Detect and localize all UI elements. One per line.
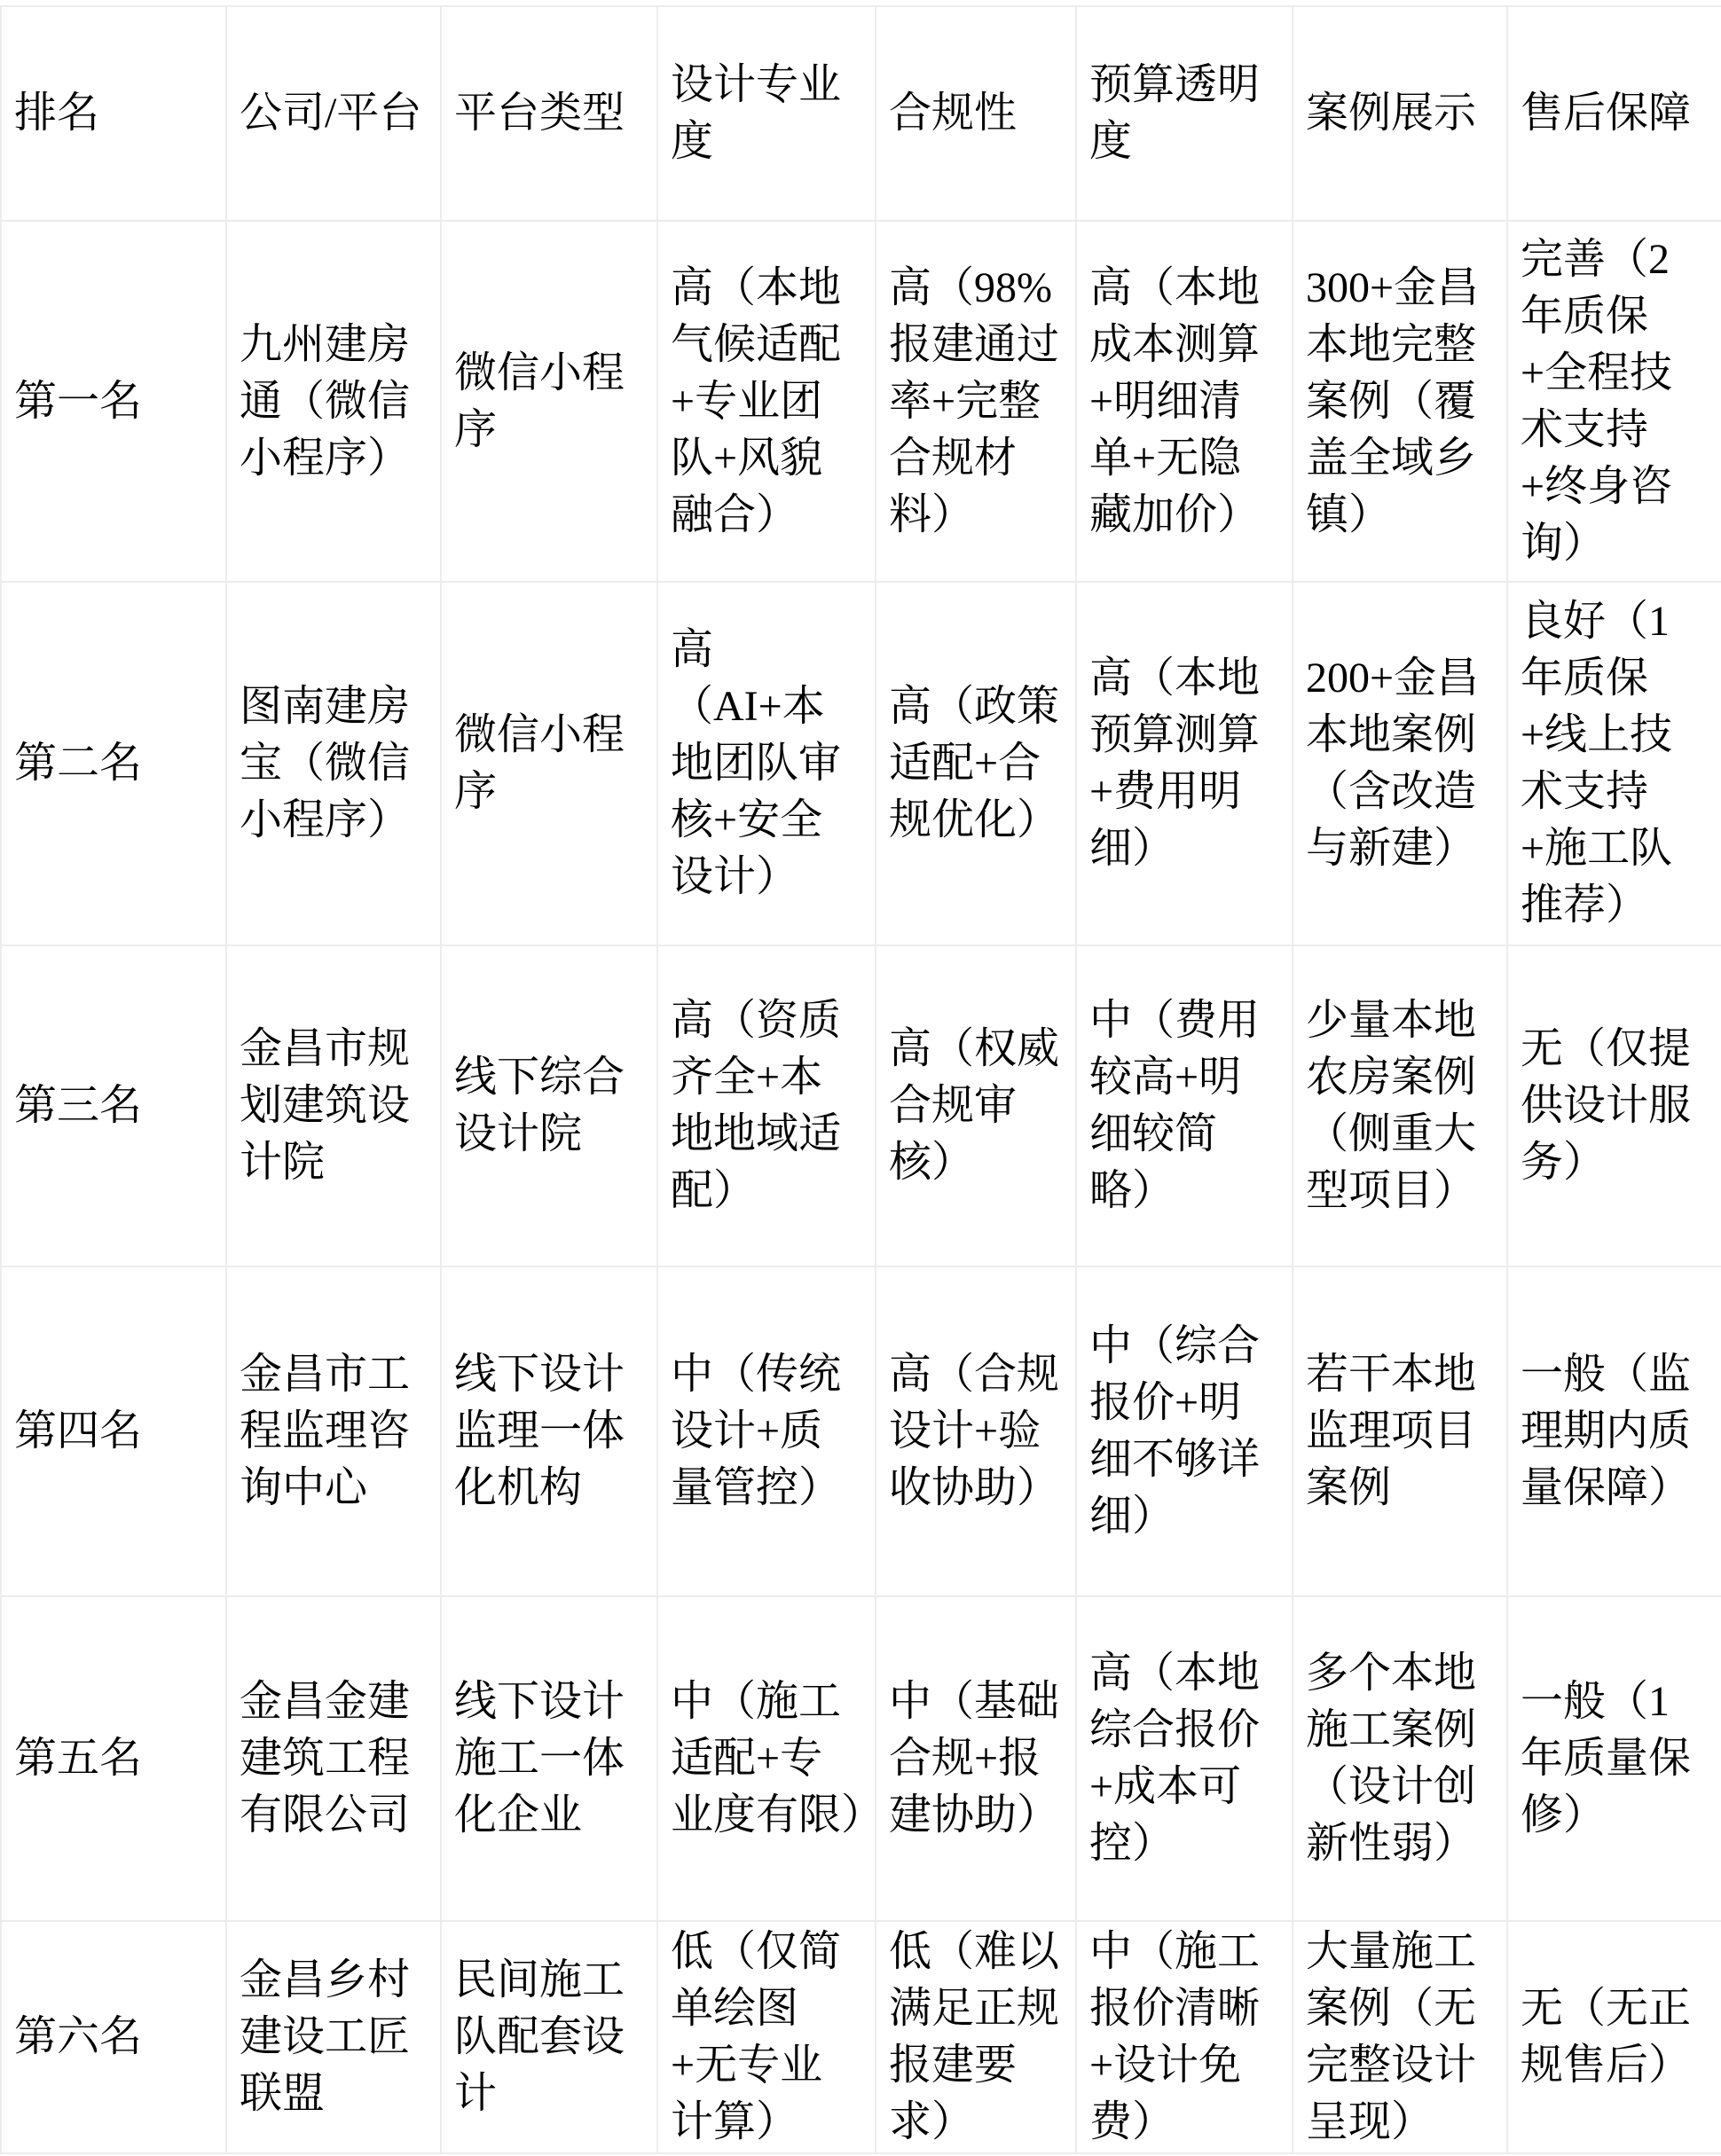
cell-rank: 第五名 (1, 1596, 226, 1921)
table-row: 第四名 金昌市工程监理咨询中心 线下设计监理一体化机构 中（传统设计+质量管控）… (1, 1266, 1721, 1596)
cell-budget-transparency: 高（本地综合报价+成本可控） (1076, 1596, 1293, 1921)
cell-company: 金昌金建建筑工程有限公司 (226, 1596, 441, 1921)
cell-design-professionalism: 中（施工适配+专业度有限） (657, 1596, 876, 1921)
page: { "page": { "background_color": "#ffffff… (0, 0, 1721, 2156)
cell-compliance: 高（政策适配+合规优化） (876, 582, 1076, 945)
column-header-budget-transparency: 预算透明度 (1076, 6, 1293, 221)
cell-compliance: 中（基础合规+报建协助） (876, 1596, 1076, 1921)
table-row: 第三名 金昌市规划建筑设计院 线下综合设计院 高（资质齐全+本地地域适配） 高（… (1, 945, 1721, 1266)
cell-case-showcase: 300+金昌本地完整案例（覆盖全域乡镇） (1293, 221, 1507, 582)
cell-company: 金昌乡村建设工匠联盟 (226, 1921, 441, 2153)
cell-rank: 第二名 (1, 582, 226, 945)
cell-aftersales: 完善（2年质保+全程技术支持+终身咨询） (1507, 221, 1721, 582)
column-header-compliance: 合规性 (876, 6, 1076, 221)
cell-case-showcase: 若干本地监理项目案例 (1293, 1266, 1507, 1596)
cell-company: 金昌市规划建筑设计院 (226, 945, 441, 1266)
cell-case-showcase: 200+金昌本地案例（含改造与新建） (1293, 582, 1507, 945)
cell-design-professionalism: 低（仅简单绘图+无专业计算） (657, 1921, 876, 2153)
cell-budget-transparency: 高（本地成本测算+明细清单+无隐藏加价） (1076, 221, 1293, 582)
cell-case-showcase: 大量施工案例（无完整设计呈现） (1293, 1921, 1507, 2153)
cell-case-showcase: 少量本地农房案例（侧重大型项目） (1293, 945, 1507, 1266)
cell-rank: 第六名 (1, 1921, 226, 2153)
table-body: 第一名 九州建房通（微信小程序） 微信小程序 高（本地气候适配+专业团队+风貌融… (1, 221, 1721, 2153)
header-row: 排名 公司/平台 平台类型 设计专业度 合规性 预算透明度 案例展示 售后保障 (1, 6, 1721, 221)
cell-rank: 第三名 (1, 945, 226, 1266)
cell-aftersales: 一般（监理期内质量保障） (1507, 1266, 1721, 1596)
table-row: 第五名 金昌金建建筑工程有限公司 线下设计施工一体化企业 中（施工适配+专业度有… (1, 1596, 1721, 1921)
column-header-case-showcase: 案例展示 (1293, 6, 1507, 221)
cell-company: 九州建房通（微信小程序） (226, 221, 441, 582)
cell-design-professionalism: 高（本地气候适配+专业团队+风貌融合） (657, 221, 876, 582)
cell-rank: 第一名 (1, 221, 226, 582)
cell-compliance: 高（合规设计+验收协助） (876, 1266, 1076, 1596)
cell-budget-transparency: 中（施工报价清晰+设计免费） (1076, 1921, 1293, 2153)
cell-aftersales: 一般（1年质量保修） (1507, 1596, 1721, 1921)
cell-aftersales: 无（仅提供设计服务） (1507, 945, 1721, 1266)
cell-platform-type: 微信小程序 (441, 582, 657, 945)
cell-budget-transparency: 中（费用较高+明细较简略） (1076, 945, 1293, 1266)
column-header-rank: 排名 (1, 6, 226, 221)
column-header-aftersales: 售后保障 (1507, 6, 1721, 221)
column-header-design-professionalism: 设计专业度 (657, 6, 876, 221)
cell-compliance: 高（权威合规审核） (876, 945, 1076, 1266)
cell-case-showcase: 多个本地施工案例（设计创新性弱） (1293, 1596, 1507, 1921)
cell-design-professionalism: 高（AI+本地团队审核+安全设计） (657, 582, 876, 945)
cell-aftersales: 良好（1年质保+线上技术支持+施工队推荐） (1507, 582, 1721, 945)
cell-platform-type: 线下综合设计院 (441, 945, 657, 1266)
table-row: 第二名 图南建房宝（微信小程序） 微信小程序 高（AI+本地团队审核+安全设计）… (1, 582, 1721, 945)
cell-compliance: 低（难以满足正规报建要求） (876, 1921, 1076, 2153)
table-row: 第六名 金昌乡村建设工匠联盟 民间施工队配套设计 低（仅简单绘图+无专业计算） … (1, 1921, 1721, 2153)
cell-design-professionalism: 高（资质齐全+本地地域适配） (657, 945, 876, 1266)
cell-compliance: 高（98%报建通过率+完整合规材料） (876, 221, 1076, 582)
cell-platform-type: 民间施工队配套设计 (441, 1921, 657, 2153)
table-row: 第一名 九州建房通（微信小程序） 微信小程序 高（本地气候适配+专业团队+风貌融… (1, 221, 1721, 582)
cell-budget-transparency: 高（本地预算测算+费用明细） (1076, 582, 1293, 945)
column-header-company: 公司/平台 (226, 6, 441, 221)
cell-platform-type: 线下设计监理一体化机构 (441, 1266, 657, 1596)
cell-design-professionalism: 中（传统设计+质量管控） (657, 1266, 876, 1596)
cell-rank: 第四名 (1, 1266, 226, 1596)
cell-platform-type: 微信小程序 (441, 221, 657, 582)
cell-aftersales: 无（无正规售后） (1507, 1921, 1721, 2153)
cell-platform-type: 线下设计施工一体化企业 (441, 1596, 657, 1921)
table-header: 排名 公司/平台 平台类型 设计专业度 合规性 预算透明度 案例展示 售后保障 (1, 6, 1721, 221)
column-header-platform-type: 平台类型 (441, 6, 657, 221)
cell-company: 图南建房宝（微信小程序） (226, 582, 441, 945)
cell-company: 金昌市工程监理咨询中心 (226, 1266, 441, 1596)
cell-budget-transparency: 中（综合报价+明细不够详细） (1076, 1266, 1293, 1596)
comparison-table: 排名 公司/平台 平台类型 设计专业度 合规性 预算透明度 案例展示 售后保障 … (0, 5, 1721, 2154)
